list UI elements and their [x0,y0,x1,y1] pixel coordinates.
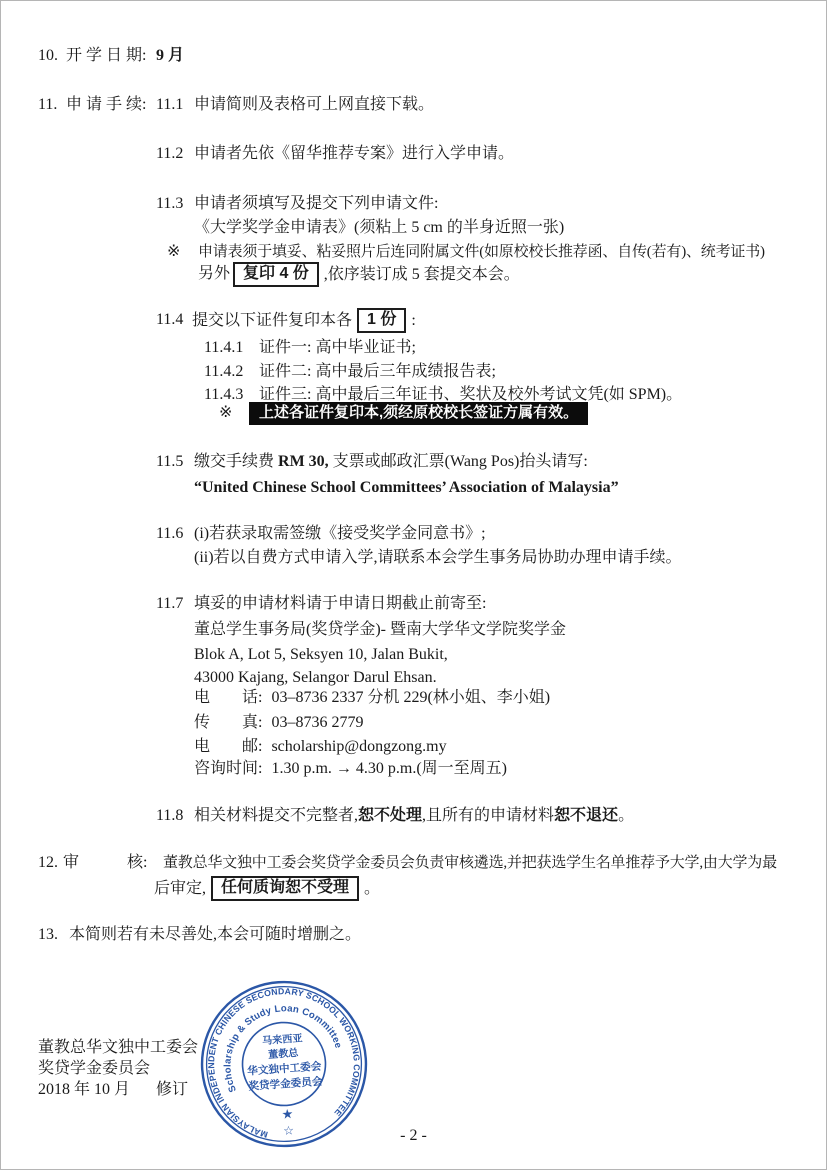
fee-amount: RM 30, [278,453,329,470]
item-10-label: 开 学 日 期: [66,45,146,67]
stamp-center-line3: 华文独中工委会 [247,1059,322,1077]
fee-pre-text: 缴交手续费 [194,453,278,470]
application-form-line: 《大学奖学金申请表》(须粘上 5 cm 的半身近照一张) [194,219,564,236]
subitem-11-6-line2-row: (ii)若以自费方式申请入学,请联系本会学生事务局协助办理申请手续。 [194,547,682,569]
page-number-text: - 2 - [400,1127,427,1144]
address-org: 董总学生事务局(奖贷学金)- 暨南大学华文学院奖学金 [194,621,566,638]
subitem-11-2-text: 申请者先依《留华推荐专案》进行入学申请。 [194,143,514,165]
fax-value: 03–8736 2779 [271,714,363,731]
subitem-11-1-text: 申请简则及表格可上网直接下载。 [194,94,434,116]
fee-post-text: 支票或邮政汇票(Wang Pos)抬头请写: [329,453,588,470]
incomplete-pre: 相关材料提交不完整者, [194,807,358,824]
extra-post-text: ,依序装订成 5 套提交本会。 [324,266,520,283]
item-13-number: 13. [38,924,58,946]
subitem-11-3-number: 11.3 [156,193,183,215]
subitem-11-8-number: 11.8 [156,805,183,827]
address-city: 43000 Kajang, Selangor Darul Ehsan. [194,669,437,686]
item-11-label: 申 请 手 续: [66,94,146,116]
incomplete-post: 。 [618,807,634,824]
copies-4-box: 复印 4 份 [233,262,319,287]
phone-row: 电 话: 03–8736 2337 分机 229(林小姐、李小姐) [194,687,550,709]
subitem-11-4-number: 11.4 [156,309,183,331]
phone-value: 03–8736 2337 分机 229(林小姐、李小姐) [271,689,550,706]
footer-org-line2: 奖贷学金委员会 [38,1058,150,1080]
doc-2-text: 证件二: 高中最后三年成绩报告表; [259,361,496,383]
hours-label: 咨询时间: [194,760,262,777]
subitem-11-3-text: 申请者须填写及提交下列申请文件: [194,193,438,215]
stamp-center-line1: 马来西亚 [262,1031,303,1047]
footer-org-name: 董教总华文独中工委会 [38,1039,198,1056]
item-12-text-line1: 董教总华文独中工委会奖贷学金委员会负责审核遴选,并把获选学生名单推荐予大学,由大… [163,852,777,874]
subitem-11-3-line2: 《大学奖学金申请表》(须粘上 5 cm 的半身近照一张) [194,217,564,239]
subitem-11-8-text: 相关材料提交不完整者,恕不处理,且所有的申请材料恕不退还。 [194,805,634,827]
notice-holder: 上述各证件复印本,须经原校校长签证方属有效。 [249,402,588,425]
subitem-11-6-line2: (ii)若以自费方式申请入学,请联系本会学生事务局协助办理申请手续。 [194,549,682,566]
incomplete-mid: ,且所有的申请材料 [422,807,554,824]
page-number: - 2 - [1,1127,826,1145]
fax-row: 传 真: 03–8736 2779 [194,712,363,734]
doc-1-number: 11.4.1 [204,337,243,359]
document-page: 10. 开 学 日 期: 9 月 11. 申 请 手 续: 11.1 申请简则及… [0,0,827,1170]
extra-line: 复印 4 份,依序装订成 5 套提交本会。 [228,263,520,288]
footer-revision-label: 修订 [156,1079,188,1101]
copies-1-box: 1 份 [357,308,406,333]
subitem-11-6-line1: (i)若获录取需签缴《接受奖学金同意书》; [194,523,486,545]
item-12-text2-pre: 后审定, [154,880,206,897]
email-value: scholarship@dongzong.my [271,738,446,755]
submit-pre-text: 提交以下证件复印本各 [192,312,352,329]
subitem-11-2-number: 11.2 [156,143,183,165]
address-line-3: 43000 Kajang, Selangor Darul Ehsan. [194,667,437,689]
item-12-text2-post: 。 [364,880,380,897]
hours-row: 咨询时间: 1.30 p.m. → 4.30 p.m.(周一至周五) [194,758,507,780]
subitem-11-4-text: 提交以下证件复印本各1 份: [192,309,416,334]
star-filled-icon: ★ [281,1106,294,1122]
stamp-center-line4: 奖贷学金委员会 [248,1075,323,1093]
subitem-11-3-note: 申请表须于填妥、粘妥照片后连同附属文件(如原校校长推荐函、自传(若有)、统考证书… [198,241,765,263]
payee-name-row: “United Chinese School Committees’ Assoc… [194,477,619,499]
address-line-1: 董总学生事务局(奖贷学金)- 暨南大学华文学院奖学金 [194,619,566,641]
item-12-label: 审 核: [63,852,147,874]
doc-1-text: 证件一: 高中毕业证书; [259,337,416,359]
address-street: Blok A, Lot 5, Seksyen 10, Jalan Bukit, [194,646,448,663]
item-11-number: 11. [38,94,57,116]
hours-value: 1.30 p.m. → 4.30 p.m.(周一至周五) [271,760,507,777]
subitem-11-5-number: 11.5 [156,451,183,473]
item-13-text: 本简则若有未尽善处,本会可随时增删之。 [69,924,361,946]
footer-org-line1: 董教总华文独中工委会 [38,1037,198,1059]
reference-mark: ※ [167,241,180,263]
subitem-11-6-number: 11.6 [156,523,183,545]
email-row: 电 邮: scholarship@dongzong.my [194,736,447,758]
submit-post-text: : [411,312,415,329]
item-10-number: 10. [38,45,58,67]
committee-stamp: MALAYSIAN INDEPENDENT CHINESE SECONDARY … [198,978,370,1150]
footer-committee-name: 奖贷学金委员会 [38,1060,150,1077]
phone-label: 电 话: [194,689,262,706]
address-line-2: Blok A, Lot 5, Seksyen 10, Jalan Bukit, [194,644,448,666]
item-12-line2-row: 后审定,任何质询恕不受理。 [154,877,380,899]
email-label: 电 邮: [194,738,262,755]
stamp-center-line2: 董教总 [268,1046,300,1061]
subitem-11-7-number: 11.7 [156,593,183,615]
extra-pre-text: 另外 [198,263,230,285]
no-return-emphasis: 恕不退还 [554,807,618,824]
subitem-11-1-number: 11.1 [156,94,183,116]
fax-label: 传 真: [194,714,262,731]
certification-notice: 上述各证件复印本,须经原校校长签证方属有效。 [249,402,588,425]
subitem-11-7-text: 填妥的申请材料请于申请日期截止前寄至: [194,593,486,615]
doc-2-number: 11.4.2 [204,361,243,383]
no-processing-emphasis: 恕不处理 [358,807,422,824]
footer-revision-date: 2018 年 10 月 [38,1079,130,1101]
payee-name: “United Chinese School Committees’ Assoc… [194,479,619,496]
subitem-11-5-text: 缴交手续费 RM 30, 支票或邮政汇票(Wang Pos)抬头请写: [194,451,588,473]
item-10-value: 9 月 [156,45,184,67]
item-12-number: 12. [38,852,58,874]
no-inquiry-box: 任何质询恕不受理 [211,876,359,901]
reference-mark: ※ [219,402,232,424]
